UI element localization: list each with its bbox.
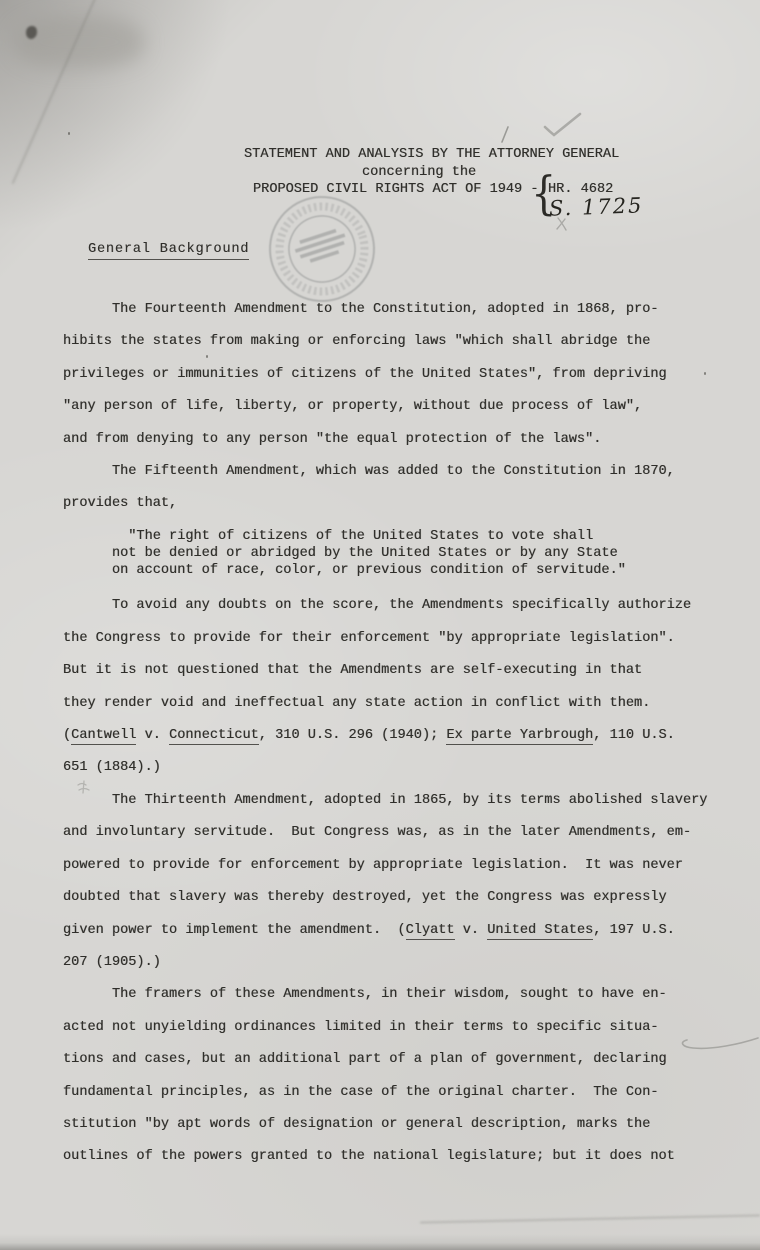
case-citation: Ex parte Yarbrough — [446, 728, 593, 745]
scanned-document-page: STATEMENT AND ANALYSIS BY THE ATTORNEY G… — [0, 0, 760, 1250]
paragraph: The framers of these Amendments, in thei… — [63, 979, 715, 1173]
pencil-checkmark-icon — [542, 111, 584, 139]
document-title-line1: STATEMENT AND ANALYSIS BY THE ATTORNEY G… — [244, 146, 619, 163]
paragraph: The Fifteenth Amendment, which was added… — [63, 456, 715, 521]
pencil-hook-icon — [678, 1033, 760, 1059]
paragraph: The Thirteenth Amendment, adopted in 186… — [63, 785, 715, 979]
bottom-crease — [420, 1214, 760, 1223]
pencil-squiggle-icon — [76, 779, 94, 795]
case-citation: Connecticut — [169, 728, 259, 745]
blockquote: "The right of citizens of the United Sta… — [63, 528, 715, 580]
bill-number-handwritten: S. 1725 — [549, 193, 644, 220]
paragraph: The Fourteenth Amendment to the Constitu… — [63, 294, 715, 456]
bottom-paper-edge — [0, 1234, 760, 1250]
pencil-slash-icon — [499, 126, 511, 144]
section-heading: General Background — [88, 242, 249, 260]
document-title-line2: concerning the — [362, 164, 476, 181]
corner-smudge — [14, 16, 144, 68]
case-citation: United States — [487, 923, 593, 940]
document-body: The Fourteenth Amendment to the Constitu… — [63, 294, 715, 1174]
paragraph: To avoid any doubts on the score, the Am… — [63, 590, 715, 784]
speck — [68, 132, 70, 135]
case-citation: Cantwell — [71, 728, 136, 745]
case-citation: Clyatt — [406, 923, 455, 940]
